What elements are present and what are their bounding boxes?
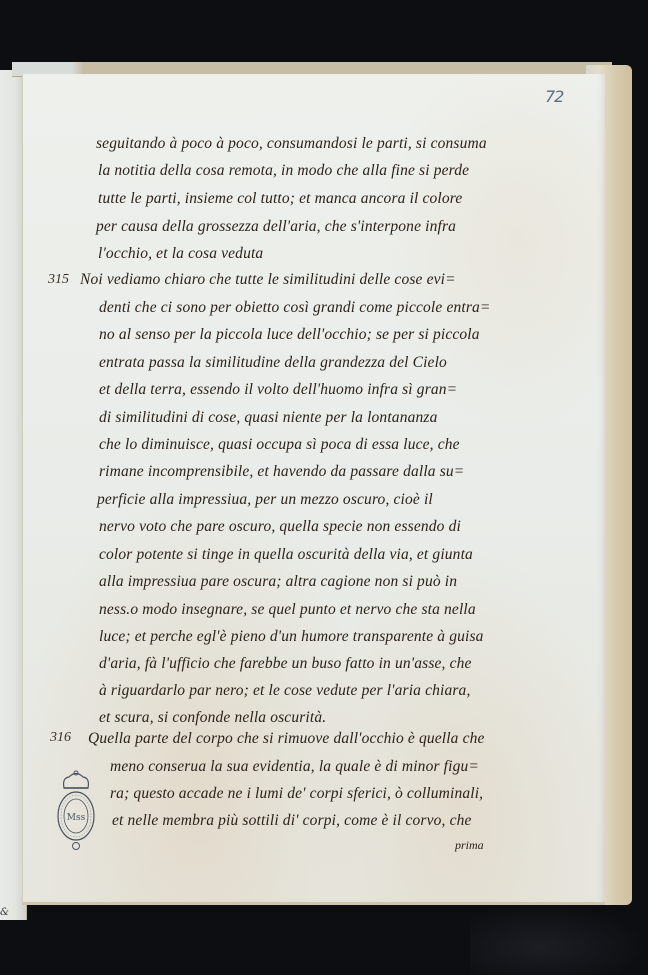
text-line: à riguardarlo par nero; et le cose vedut… [99,682,471,700]
text-line: ness.o modo insegnare, se quel punto et … [99,601,476,619]
text-line: no al senso per la piccola luce dell'occ… [99,326,480,344]
paragraph-number: 316 [50,730,71,746]
text-line: et nelle membra più sottili di' corpi, c… [112,812,472,830]
text-line: alla impressiua pare oscura; altra cagio… [99,573,457,591]
text-line: nervo voto che pare oscuro, quella speci… [99,518,461,536]
text-line: denti che ci sono per obietto così grand… [99,299,491,317]
text-line: che lo diminuisce, quasi occupa sì poca … [99,436,460,454]
text-line: d'aria, fà l'ufficio che farebbe un buso… [99,655,472,673]
text-line: Noi vediamo chiaro che tutte le similitu… [80,271,456,289]
catchword: prima [455,838,484,853]
text-line: seguitando à poco à poco, consumandosi l… [96,135,487,153]
text-line: entrata passa la similitudine della gran… [99,354,447,372]
text-line: luce; et perche egl'è pieno d'un humore … [99,628,484,646]
text-line: tutte le parti, insieme col tutto; et ma… [98,190,462,208]
text-line: l'occhio, et la cosa veduta [98,245,263,263]
library-stamp-icon: Mss [54,768,98,852]
text-line: et della terra, essendo il volto dell'hu… [99,381,457,399]
svg-text:Mss: Mss [67,813,86,823]
text-line: color potente si tinge in quella oscurit… [99,546,473,564]
text-line: per causa della grossezza dell'aria, che… [96,218,456,236]
text-line: Quella parte del corpo che si rimuove da… [88,730,485,748]
folio-number: 72 [545,87,563,106]
text-line: perficie alla impressiua, per un mezzo o… [97,491,433,509]
left-leaf-mark: & [0,907,9,918]
text-line: la notitia della cosa remota, in modo ch… [98,162,469,180]
text-line: meno conserua la sua evidentia, la quale… [110,758,479,776]
scanner-shadow [470,905,648,975]
paragraph-number: 315 [48,272,69,288]
text-line: rimane incomprensibile, et havendo da pa… [99,463,464,481]
text-line: ra; questo accade ne i lumi de' corpi sf… [110,785,483,803]
text-line: di similitudini di cose, quasi niente pe… [99,409,437,427]
text-line: et scura, si confonde nella oscurità. [99,709,326,727]
